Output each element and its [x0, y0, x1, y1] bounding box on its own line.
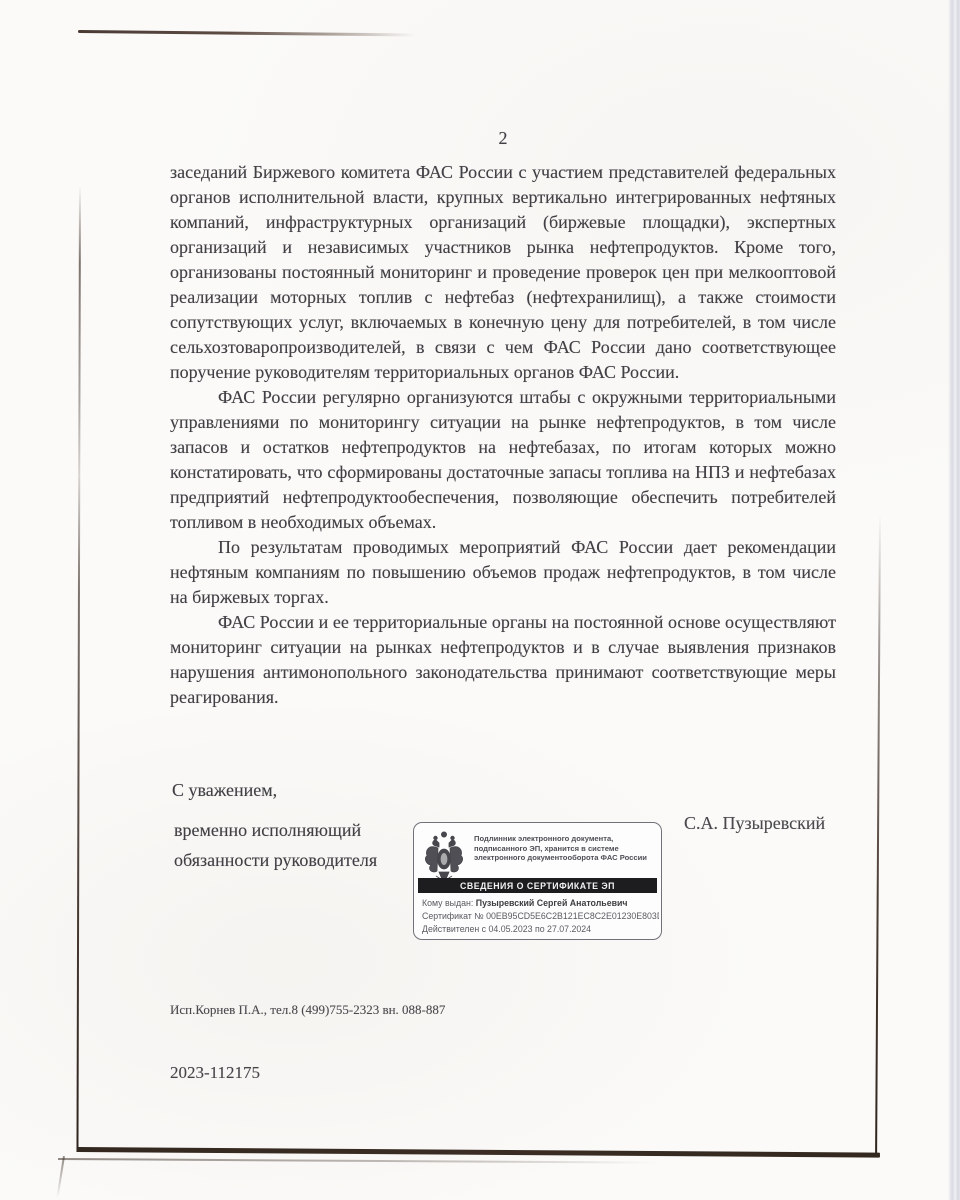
certificate-number: 00EB95CD5E6C2B121EC8C2E01230E803D6: [486, 911, 659, 921]
e-signature-stamp: Подлинник электронного документа, подпис…: [413, 822, 662, 940]
stamp-certificate-info: Кому выдан: Пузыревский Сергей Анатольев…: [422, 897, 659, 935]
paragraph-3: По результатам проводимых мероприятий ФА…: [170, 535, 836, 610]
signer-title-line2: обязанности руководителя: [174, 845, 377, 875]
scan-edge-bottom-shadow: [58, 1158, 658, 1163]
stamp-validity: Действителен с 04.05.2023 по 27.07.2024: [422, 923, 659, 936]
document-registration-number: 2023-112175: [170, 1063, 260, 1083]
scan-edge-top: [78, 30, 416, 36]
scan-edge-left: [76, 186, 81, 1152]
scan-edge-corner: [56, 1156, 65, 1198]
paragraph-2: ФАС России регулярно организуются штабы …: [170, 385, 836, 535]
scanned-document-photo: 2 заседаний Биржевого комитета ФАС Росси…: [0, 0, 960, 1200]
scan-edge-bottom: [77, 1147, 880, 1158]
stamp-title-bar: СВЕДЕНИЯ О СЕРТИФИКАТЕ ЭП: [418, 878, 657, 893]
scan-edge-right: [875, 515, 881, 1155]
stamp-note: Подлинник электронного документа, подпис…: [474, 834, 656, 863]
photo-right-edge: [948, 0, 960, 1200]
stamp-certificate-number: Сертификат № 00EB95CD5E6C2B121EC8C2E0123…: [422, 910, 659, 923]
paragraph-1: заседаний Биржевого комитета ФАС России …: [170, 160, 836, 385]
signer-title: временно исполняющий обязанности руковод…: [174, 815, 377, 875]
certificate-label: Сертификат №: [422, 911, 486, 921]
stamp-issued-to: Кому выдан: Пузыревский Сергей Анатольев…: [422, 897, 659, 910]
paragraph-4: ФАС России и ее территориальные органы н…: [170, 610, 836, 710]
signer-name: С.А. Пузыревский: [684, 813, 844, 834]
issued-to-name: Пузыревский Сергей Анатольевич: [476, 898, 628, 908]
signer-title-line1: временно исполняющий: [174, 815, 377, 845]
issued-to-label: Кому выдан:: [422, 898, 476, 908]
letter-body: заседаний Биржевого комитета ФАС России …: [170, 160, 836, 710]
executor-contact-line: Исп.Корнев П.А., тел.8 (499)755-2323 вн.…: [170, 1002, 445, 1018]
page-number: 2: [170, 128, 836, 149]
closing-salutation: С уважением,: [172, 780, 277, 801]
